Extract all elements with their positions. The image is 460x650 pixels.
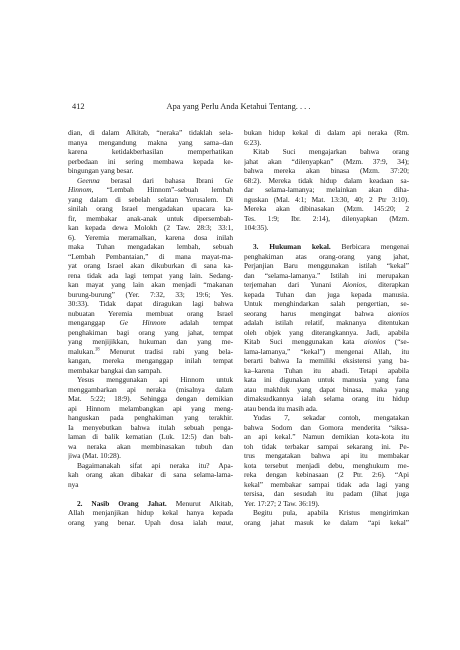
text-line: nguskan (Mal. 4:1; Mat. 13:30, 40; 2 Ptr… [244, 195, 409, 205]
page-content: 412 Apa yang Perlu Anda Ketahui Tentang.… [68, 101, 409, 527]
text-line: 68:2). Mereka tidak hidup dalam keadaan … [244, 176, 409, 186]
text-line: 6:23). [244, 138, 409, 148]
text-line: dar selama-lamanya; melainkan akan diha- [244, 185, 409, 195]
text-line: dian, di dalam Alkitab, “neraka” tidakla… [68, 128, 233, 138]
text-line: atau makhluk yang dapat binasa, maka yan… [244, 385, 409, 395]
text-line: atau benda itu masih ada. [244, 404, 409, 414]
text-line: penghakiman atas orang-orang yang jahat, [244, 252, 409, 262]
text-line: wa neraka akan membinasakan tubuh dan [68, 442, 233, 452]
text-line: reka dengan kebinasaan (2 Ptr. 2:6). “Ap… [244, 470, 409, 480]
text-line: fir, membakar anak-anak untuk dipersemba… [68, 214, 233, 224]
text-line: tersisa, dan sesudah itu padam (lihat ju… [244, 489, 409, 499]
text-line: yang dalam di sebelah selatan Yerusalem.… [68, 195, 233, 205]
text-line: laman di balik kematian (Luk. 12:5) dan … [68, 432, 233, 442]
text-line: bahwa mereka akan binasa (Mzm. 37:20; [244, 166, 409, 176]
text-line: jiwa (Mat. 10:28). [68, 451, 233, 461]
text-line: 6). Yeremia meramalkan, karena dosa inil… [68, 233, 233, 243]
text-line: nubuatan Yeremia membuat orang Israel [68, 309, 233, 319]
text-line: api Hinnom melambangkan api yang meng- [68, 404, 233, 414]
text-column-left: dian, di dalam Alkitab, “neraka” tidakla… [68, 128, 233, 527]
text-line: yang menjijikkan, hukuman dan yang me- [68, 337, 233, 347]
text-line: burung-burung” (Yer. 7:32, 33; 19:6; Yes… [68, 290, 233, 300]
text-line: 104:35). [244, 223, 409, 233]
text-line: maka Tuhan mengadakan lembah, sebuah [68, 242, 233, 252]
text-line: “Lembah Pembantaian,” di mana mayat-ma- [68, 252, 233, 262]
text-line: Bagaimanakah sifat api neraka itu? Apa- [68, 461, 233, 471]
text-line: manya mengandung makna yang sama–dan [68, 138, 233, 148]
page-number: 412 [72, 101, 85, 112]
text-line: kekal” membakar sampai tidak ada lagi ya… [244, 480, 409, 490]
text-line: Tes. 1:9; Ibr. 2:14), dilenyapkan (Mzm. [244, 214, 409, 224]
text-line: kota tersebut menjadi debu, menghukum me… [244, 461, 409, 471]
paragraph-gap [68, 489, 233, 499]
text-line: menggambarkan api neraka (misalnya dalam [68, 385, 233, 395]
text-line: penghakiman bagi orang yang jahat, tempa… [68, 328, 233, 338]
text-line: terjemahan dari Yunani Aionios, diterapk… [244, 280, 409, 290]
text-line: berarti bahwa Ia memiliki eksistensi yan… [244, 356, 409, 366]
text-line: oleh objek yang diterangkannya. Jadi, ap… [244, 328, 409, 338]
text-line: Ia menyebutkan bahwa itulah sebuah penga… [68, 423, 233, 433]
text-line: 30:33). Tidak dapat diragukan lagi bahwa [68, 299, 233, 309]
text-line: karena ketidakberhasilan memperhatikan [68, 147, 233, 157]
text-line: nya [68, 480, 233, 490]
text-line: 3. Hukuman kekal. Berbicara mengenai [244, 242, 409, 252]
text-line: Kitab Suci mengajarkan bahwa orang [244, 147, 409, 157]
paragraph-gap [244, 233, 409, 243]
text-line: Mereka akan dibinasakan (Mzm. 145:20; 2 [244, 204, 409, 214]
text-line: malukan.18 Menurut tradisi rabi yang bel… [68, 347, 233, 357]
text-line: perbedaan ini sering membawa kepada ke- [68, 157, 233, 167]
text-column-right: bukan hidup kekal di dalam api neraka (R… [244, 128, 409, 527]
text-line: orang yang benar. Upah dosa ialah maut, [68, 518, 233, 528]
text-line: toh tidak terbakar sampai sekarang ini. … [244, 442, 409, 452]
text-line: Yudas 7, sekadar contoh, mengatakan [244, 413, 409, 423]
text-line: ka–karena Tuhan itu abadi. Tetapi apabil… [244, 366, 409, 376]
text-line: Mat. 5:22; 18:9). Sehingga dengan demiki… [68, 394, 233, 404]
text-line: Perjanjian Baru menggunakan istilah “kek… [244, 261, 409, 271]
running-title: Apa yang Perlu Anda Ketahui Tentang. . .… [68, 101, 409, 112]
text-line: sinilah orang Israel mengadakan upacara … [68, 204, 233, 214]
text-line: Untuk menghindarkan salah pengertian, se… [244, 299, 409, 309]
text-line: adalah istilah relatif, maknanya ditentu… [244, 318, 409, 328]
text-line: bahwa Sodom dan Gomora menderita “siksa- [244, 423, 409, 433]
text-line: 2. Nasib Orang Jahat. Menurut Alkitab, [68, 499, 233, 509]
text-line: orang jahat masuk ke dalam “api kekal” [244, 518, 409, 528]
text-line: kangan, mereka menganggap inilah tempat [68, 356, 233, 366]
text-line: hanguskan pada penghakiman yang terakhir… [68, 413, 233, 423]
text-line: yat orang Israel akan dikuburkan di sana… [68, 261, 233, 271]
text-line: lama-lamanya,” “kekal”) mengenai Allah, … [244, 347, 409, 357]
text-line: seorang harus mengingat bahwa aionios [244, 309, 409, 319]
text-line: bingungan yang besar. [68, 166, 233, 176]
text-line: trus mengatakan bahwa api itu membakar [244, 451, 409, 461]
text-line: dimaksudkannya ialah selama orang itu hi… [244, 394, 409, 404]
text-line: membakar bangkai dan sampah. [68, 366, 233, 376]
text-line: kata ini digunakan untuk manusia yang fa… [244, 375, 409, 385]
text-line: Yesus menggunakan api Hinnom untuk [68, 375, 233, 385]
text-line: kepada Tuhan dan juga kepada manusia. [244, 290, 409, 300]
text-line: Yer. 17:27; 2 Taw. 36:19). [244, 499, 409, 509]
text-line: an api kekal.” Namun demikian kota-kota … [244, 432, 409, 442]
text-columns: dian, di dalam Alkitab, “neraka” tidakla… [68, 128, 409, 527]
text-line: bukan hidup kekal di dalam api neraka (R… [244, 128, 409, 138]
text-line: dan “selama-lamanya.” Istilah ini merupa… [244, 271, 409, 281]
text-line: kah orang akan dibakar di sana selama-la… [68, 470, 233, 480]
text-line: Geenna berasal dari bahasa Ibrani Ge [68, 176, 233, 186]
text-line: rena tidak ada lagi tempat yang lain. Se… [68, 271, 233, 281]
text-line: Kitab Suci menggunakan kata aionios (“se… [244, 337, 409, 347]
text-line: menganggap Ge Hinnom adalah tempat [68, 318, 233, 328]
text-line: Allah menjanjikan hidup kekal hanya kepa… [68, 508, 233, 518]
text-line: kan kepada dewa Molokh (2 Taw. 28:3; 33:… [68, 223, 233, 233]
text-line: Begitu pula, apabila Kristus mengirimkan [244, 508, 409, 518]
text-line: jahat akan “dilenyapkan” (Mzm. 37:9, 34)… [244, 157, 409, 167]
text-line: Hinnom, “Lembah Hinnom”–sebuah lembah [68, 185, 233, 195]
text-line: kan mayat yang lain akan menjadi “makana… [68, 280, 233, 290]
book-page: 412 Apa yang Perlu Anda Ketahui Tentang.… [0, 0, 460, 650]
page-header: 412 Apa yang Perlu Anda Ketahui Tentang.… [68, 101, 409, 113]
